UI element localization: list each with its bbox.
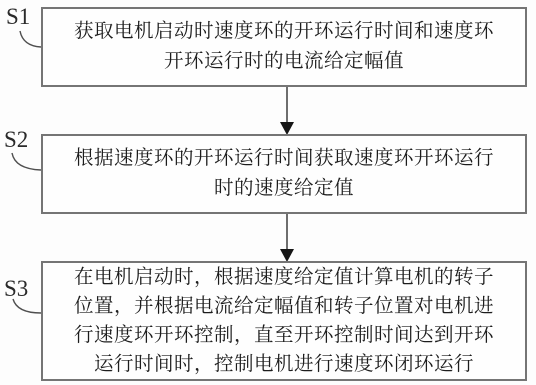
step-label-s3: S3: [4, 276, 28, 302]
step-box-s1: 获取电机启动时速度环的开环运行时间和速度环 开环运行时的电流给定幅值: [41, 7, 527, 87]
step-text-line: 在电机启动时，根据速度给定值计算电机的转子: [74, 263, 494, 292]
step-text-line: 位置，并根据电流给定幅值和转子位置对电机进: [74, 292, 494, 321]
flowchart-diagram: S1 S2 S3 获取电机启动时速度环的开环运行时间和速度环 开环运行时的电流给…: [0, 0, 536, 385]
step-label-s1: S1: [6, 4, 30, 30]
step-text-line: 开环运行时的电流给定幅值: [164, 47, 404, 77]
step-box-s2: 根据速度环的开环运行时间获取速度环开环运行 时的速度给定值: [41, 134, 527, 214]
step-label-s2: S2: [4, 127, 28, 153]
step-text-line: 根据速度环的开环运行时间获取速度环开环运行: [74, 144, 494, 174]
step-text-line: 获取电机启动时速度环的开环运行时间和速度环: [74, 17, 494, 47]
leader-curve-s2: [12, 153, 41, 170]
step-box-s3: 在电机启动时，根据速度给定值计算电机的转子 位置，并根据电流给定幅值和转子位置对…: [41, 261, 527, 381]
step-text-line: 运行时间时，控制电机进行速度环闭环运行: [94, 350, 474, 379]
leader-curve-s1: [20, 31, 41, 47]
step-text-line: 时的速度给定值: [214, 174, 354, 204]
step-text-line: 行速度环开环控制，直至开环控制时间达到开环: [74, 321, 494, 350]
